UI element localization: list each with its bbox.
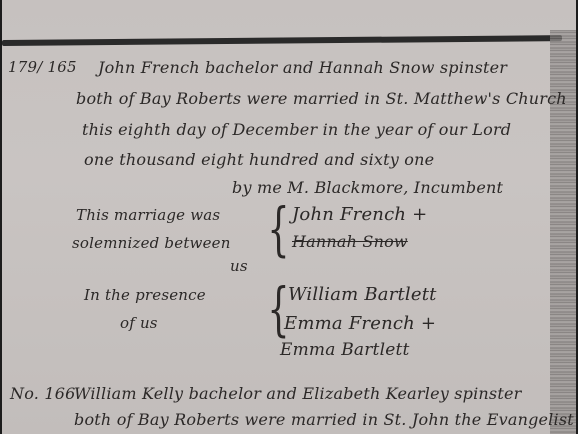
solemnized-label: us — [230, 257, 248, 275]
entry-line: one thousand eight hundred and sixty one — [84, 150, 434, 169]
witness-signature: Emma Bartlett — [280, 340, 410, 360]
entry-line: William Kelly bachelor and Elizabeth Kea… — [74, 384, 522, 403]
entry-line: this eighth day of December in the year … — [82, 120, 511, 139]
party-signature: Hannah Snow — [292, 232, 408, 251]
brace-icon: { — [267, 200, 289, 258]
presence-label: In the presence — [84, 286, 206, 304]
entry-line: both of Bay Roberts were married in St. … — [74, 410, 574, 429]
presence-label: of us — [120, 314, 158, 332]
entry-line: John French bachelor and Hannah Snow spi… — [98, 58, 507, 77]
register-page: 179/ 165 John French bachelor and Hannah… — [2, 0, 576, 434]
entry-number: No. 166 — [10, 384, 75, 403]
solemnized-label: solemnized between — [72, 234, 231, 252]
witness-signature: William Bartlett — [288, 284, 437, 305]
entry-line: both of Bay Roberts were married in St. … — [76, 89, 567, 108]
top-rule-divider — [2, 35, 562, 46]
solemnized-label: This marriage was — [76, 206, 220, 224]
entry-number: 179/ 165 — [8, 58, 77, 76]
witness-signature: Emma French + — [284, 313, 436, 334]
party-signature: John French + — [292, 204, 427, 225]
